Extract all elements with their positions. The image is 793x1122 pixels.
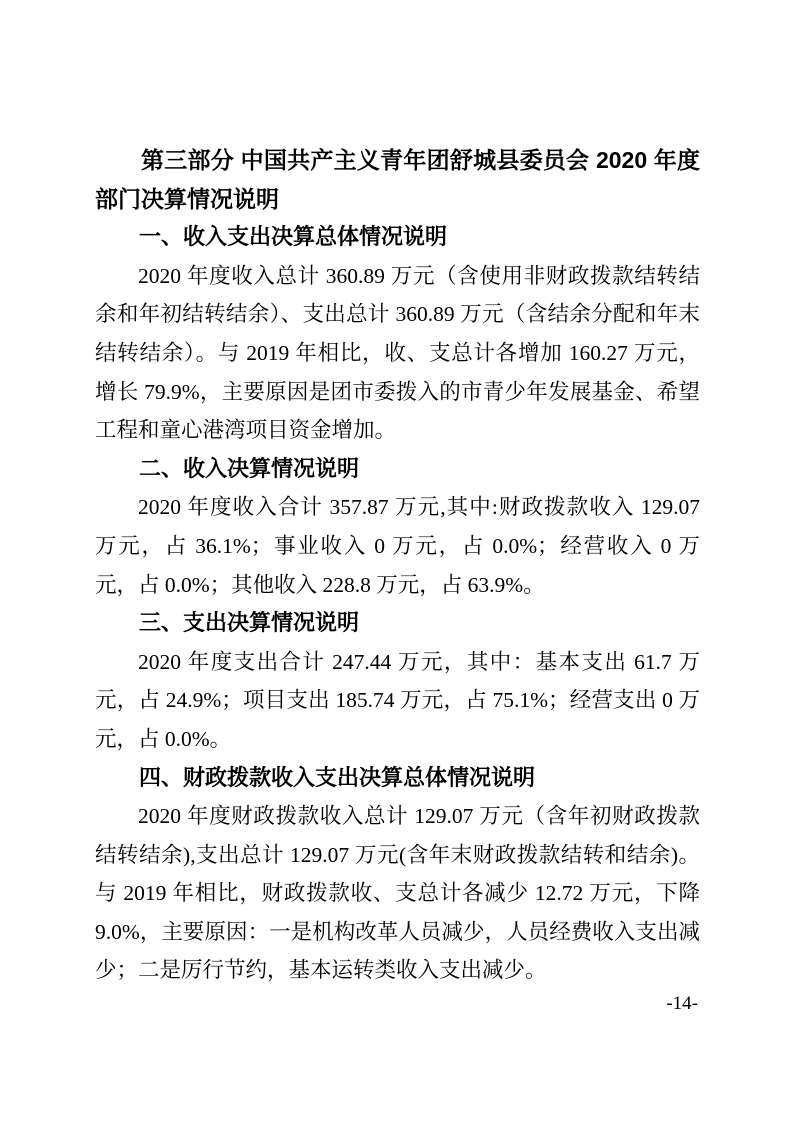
section-income-expenditure-overview: 一、收入支出决算总体情况说明 2020 年度收入总计 360.89 万元（含使用… <box>95 218 700 450</box>
section-3-body: 2020 年度支出合计 247.44 万元，其中：基本支出 61.7 万元，占 … <box>95 643 700 759</box>
section-2-heading: 二、收入决算情况说明 <box>95 450 700 489</box>
section-3-heading: 三、支出决算情况说明 <box>95 604 700 643</box>
page-number: -14- <box>666 993 698 1015</box>
section-1-body: 2020 年度收入总计 360.89 万元（含使用非财政拨款结转结余和年初结转结… <box>95 257 700 450</box>
section-income-details: 二、收入决算情况说明 2020 年度收入合计 357.87 万元,其中:财政拨款… <box>95 450 700 604</box>
section-2-body: 2020 年度收入合计 357.87 万元,其中:财政拨款收入 129.07 万… <box>95 488 700 604</box>
document-title: 第三部分 中国共产主义青年团舒城县委员会 2020 年度部门决算情况说明 <box>95 141 700 218</box>
section-expenditure-details: 三、支出决算情况说明 2020 年度支出合计 247.44 万元，其中：基本支出… <box>95 604 700 758</box>
document-page: 第三部分 中国共产主义青年团舒城县委员会 2020 年度部门决算情况说明 一、收… <box>0 0 793 1122</box>
section-1-heading: 一、收入支出决算总体情况说明 <box>95 218 700 257</box>
section-4-body: 2020 年度财政拨款收入总计 129.07 万元（含年初财政拨款结转结余),支… <box>95 797 700 990</box>
section-fiscal-appropriation-overview: 四、财政拨款收入支出决算总体情况说明 2020 年度财政拨款收入总计 129.0… <box>95 759 700 991</box>
section-4-heading: 四、财政拨款收入支出决算总体情况说明 <box>95 759 700 798</box>
